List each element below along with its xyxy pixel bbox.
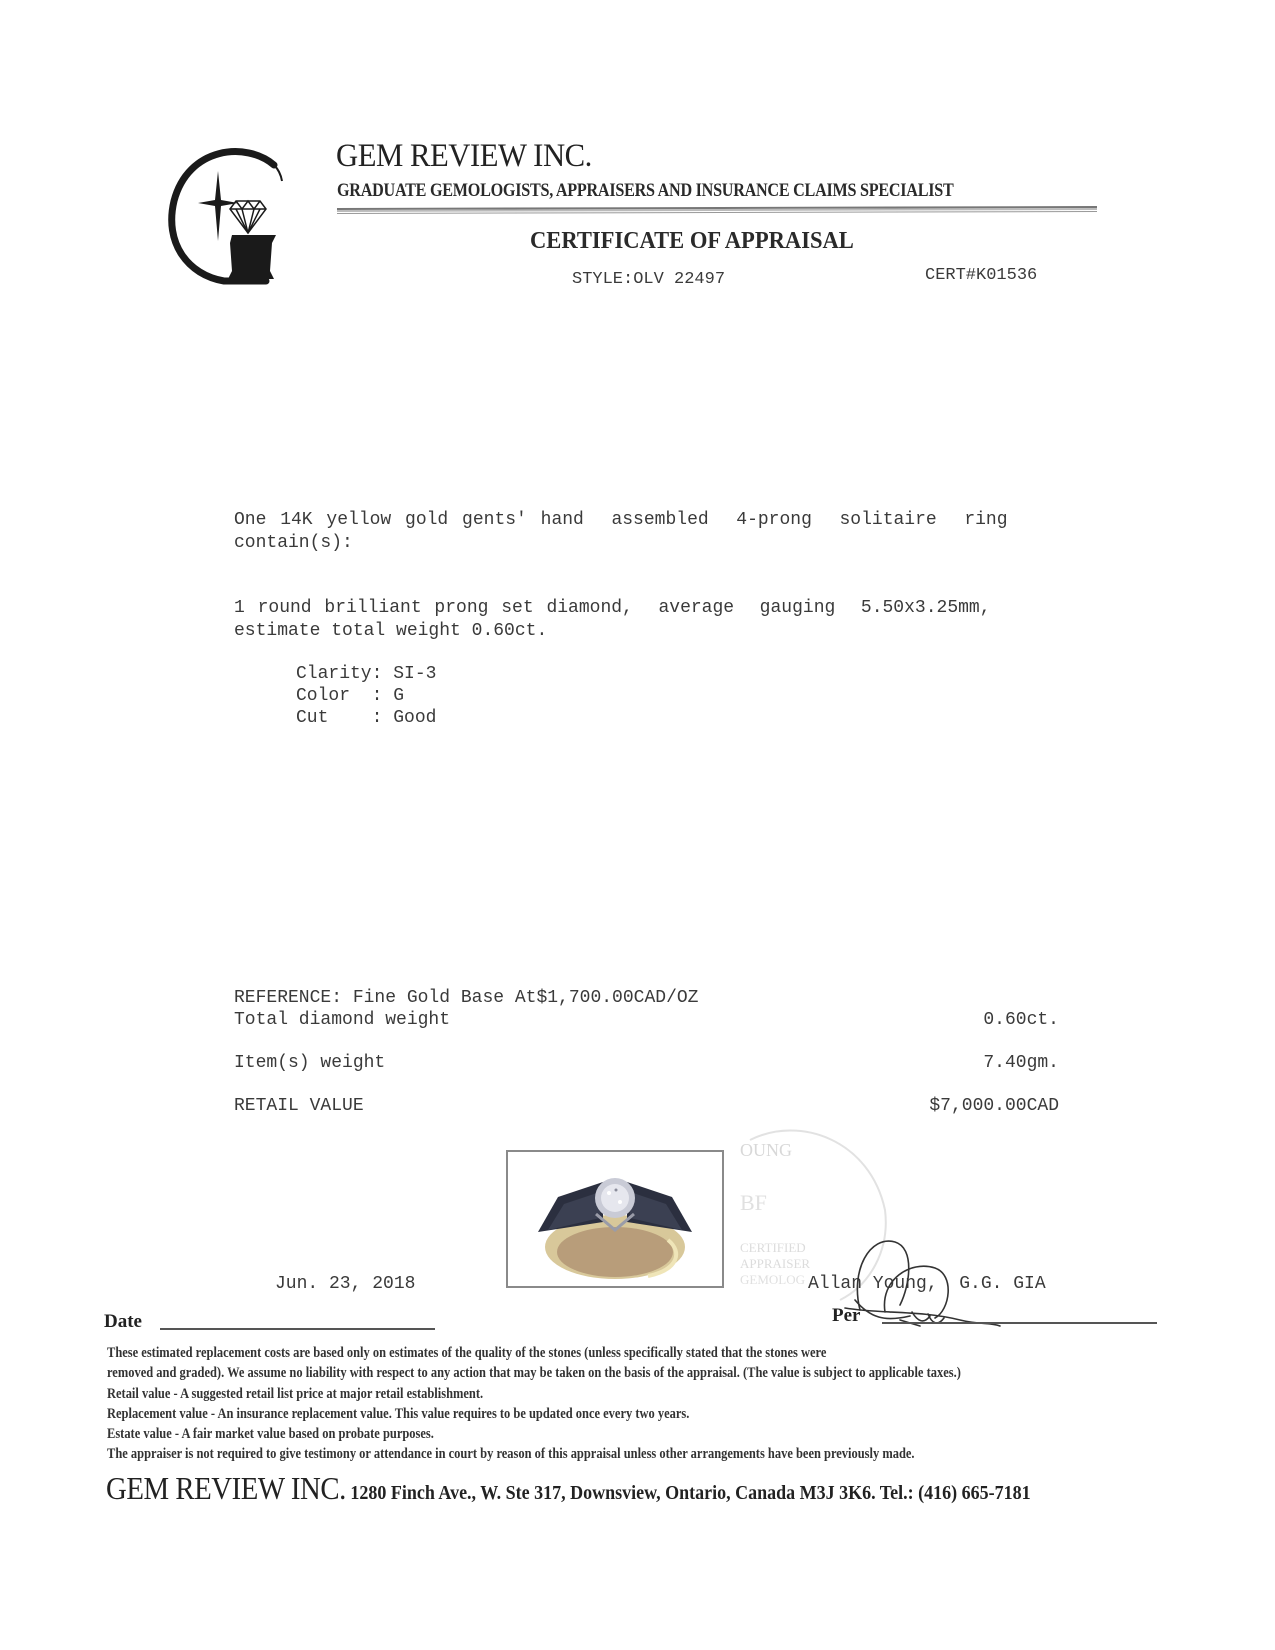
company-tagline: GRADUATE GEMOLOGISTS, APPRAISERS AND INS…	[337, 180, 954, 202]
appraiser-signature	[840, 1230, 1020, 1330]
date-signature-line	[160, 1328, 435, 1330]
appraisal-date: Jun. 23, 2018	[275, 1274, 415, 1294]
company-name: GEM REVIEW INC.	[336, 138, 592, 175]
footer-company-name: GEM REVIEW INC.	[106, 1470, 346, 1506]
style-number: STYLE:OLV 22497	[572, 270, 725, 289]
document-title: CERTIFICATE OF APPRAISAL	[530, 228, 854, 255]
item-weight-label: Item(s) weight	[234, 1053, 385, 1073]
company-logo-icon	[166, 143, 296, 285]
total-diamond-weight-value: 0.60ct.	[983, 1010, 1059, 1030]
per-label: Per	[832, 1305, 860, 1327]
svg-text:BF: BF	[740, 1190, 767, 1215]
testimony-disclaimer: The appraiser is not required to give te…	[107, 1446, 915, 1463]
clarity-grade: Clarity: SI-3	[296, 664, 436, 684]
ring-photo	[506, 1150, 724, 1288]
svg-text:CERTIFIED: CERTIFIED	[740, 1240, 806, 1255]
retail-value-amount: $7,000.00CAD	[929, 1096, 1059, 1116]
retail-value-label: RETAIL VALUE	[234, 1096, 364, 1116]
estate-value-definition: Estate value - A fair market value based…	[107, 1426, 434, 1443]
stone-description-line-1: 1 round brilliant prong set diamond, ave…	[234, 598, 991, 618]
disclaimer-line: removed and graded). We assume no liabil…	[107, 1365, 961, 1382]
gold-base-reference: REFERENCE: Fine Gold Base At$1,700.00CAD…	[234, 988, 698, 1008]
per-signature-line	[882, 1322, 1157, 1324]
disclaimer-line: These estimated replacement costs are ba…	[107, 1345, 826, 1362]
item-description-line-1: One 14K yellow gold gents' hand assemble…	[234, 510, 1008, 530]
date-label: Date	[104, 1311, 142, 1333]
svg-text:OUNG: OUNG	[740, 1140, 792, 1160]
svg-text:GEMOLOG: GEMOLOG	[740, 1272, 805, 1287]
footer: GEM REVIEW INC. 1280 Finch Ave., W. Ste …	[106, 1470, 1031, 1507]
certificate-number: CERT#K01536	[925, 266, 1037, 285]
retail-value-definition: Retail value - A suggested retail list p…	[107, 1386, 483, 1403]
item-description-line-2: contain(s):	[234, 533, 353, 553]
replacement-value-definition: Replacement value - An insurance replace…	[107, 1406, 689, 1423]
color-grade: Color : G	[296, 686, 404, 706]
stone-description-line-2: estimate total weight 0.60ct.	[234, 621, 547, 641]
cut-grade: Cut : Good	[296, 708, 436, 728]
total-diamond-weight-label: Total diamond weight	[234, 1010, 450, 1030]
item-weight-value: 7.40gm.	[983, 1053, 1059, 1073]
footer-address: 1280 Finch Ave., W. Ste 317, Downsview, …	[346, 1482, 1031, 1504]
svg-text:APPRAISER: APPRAISER	[740, 1256, 810, 1271]
